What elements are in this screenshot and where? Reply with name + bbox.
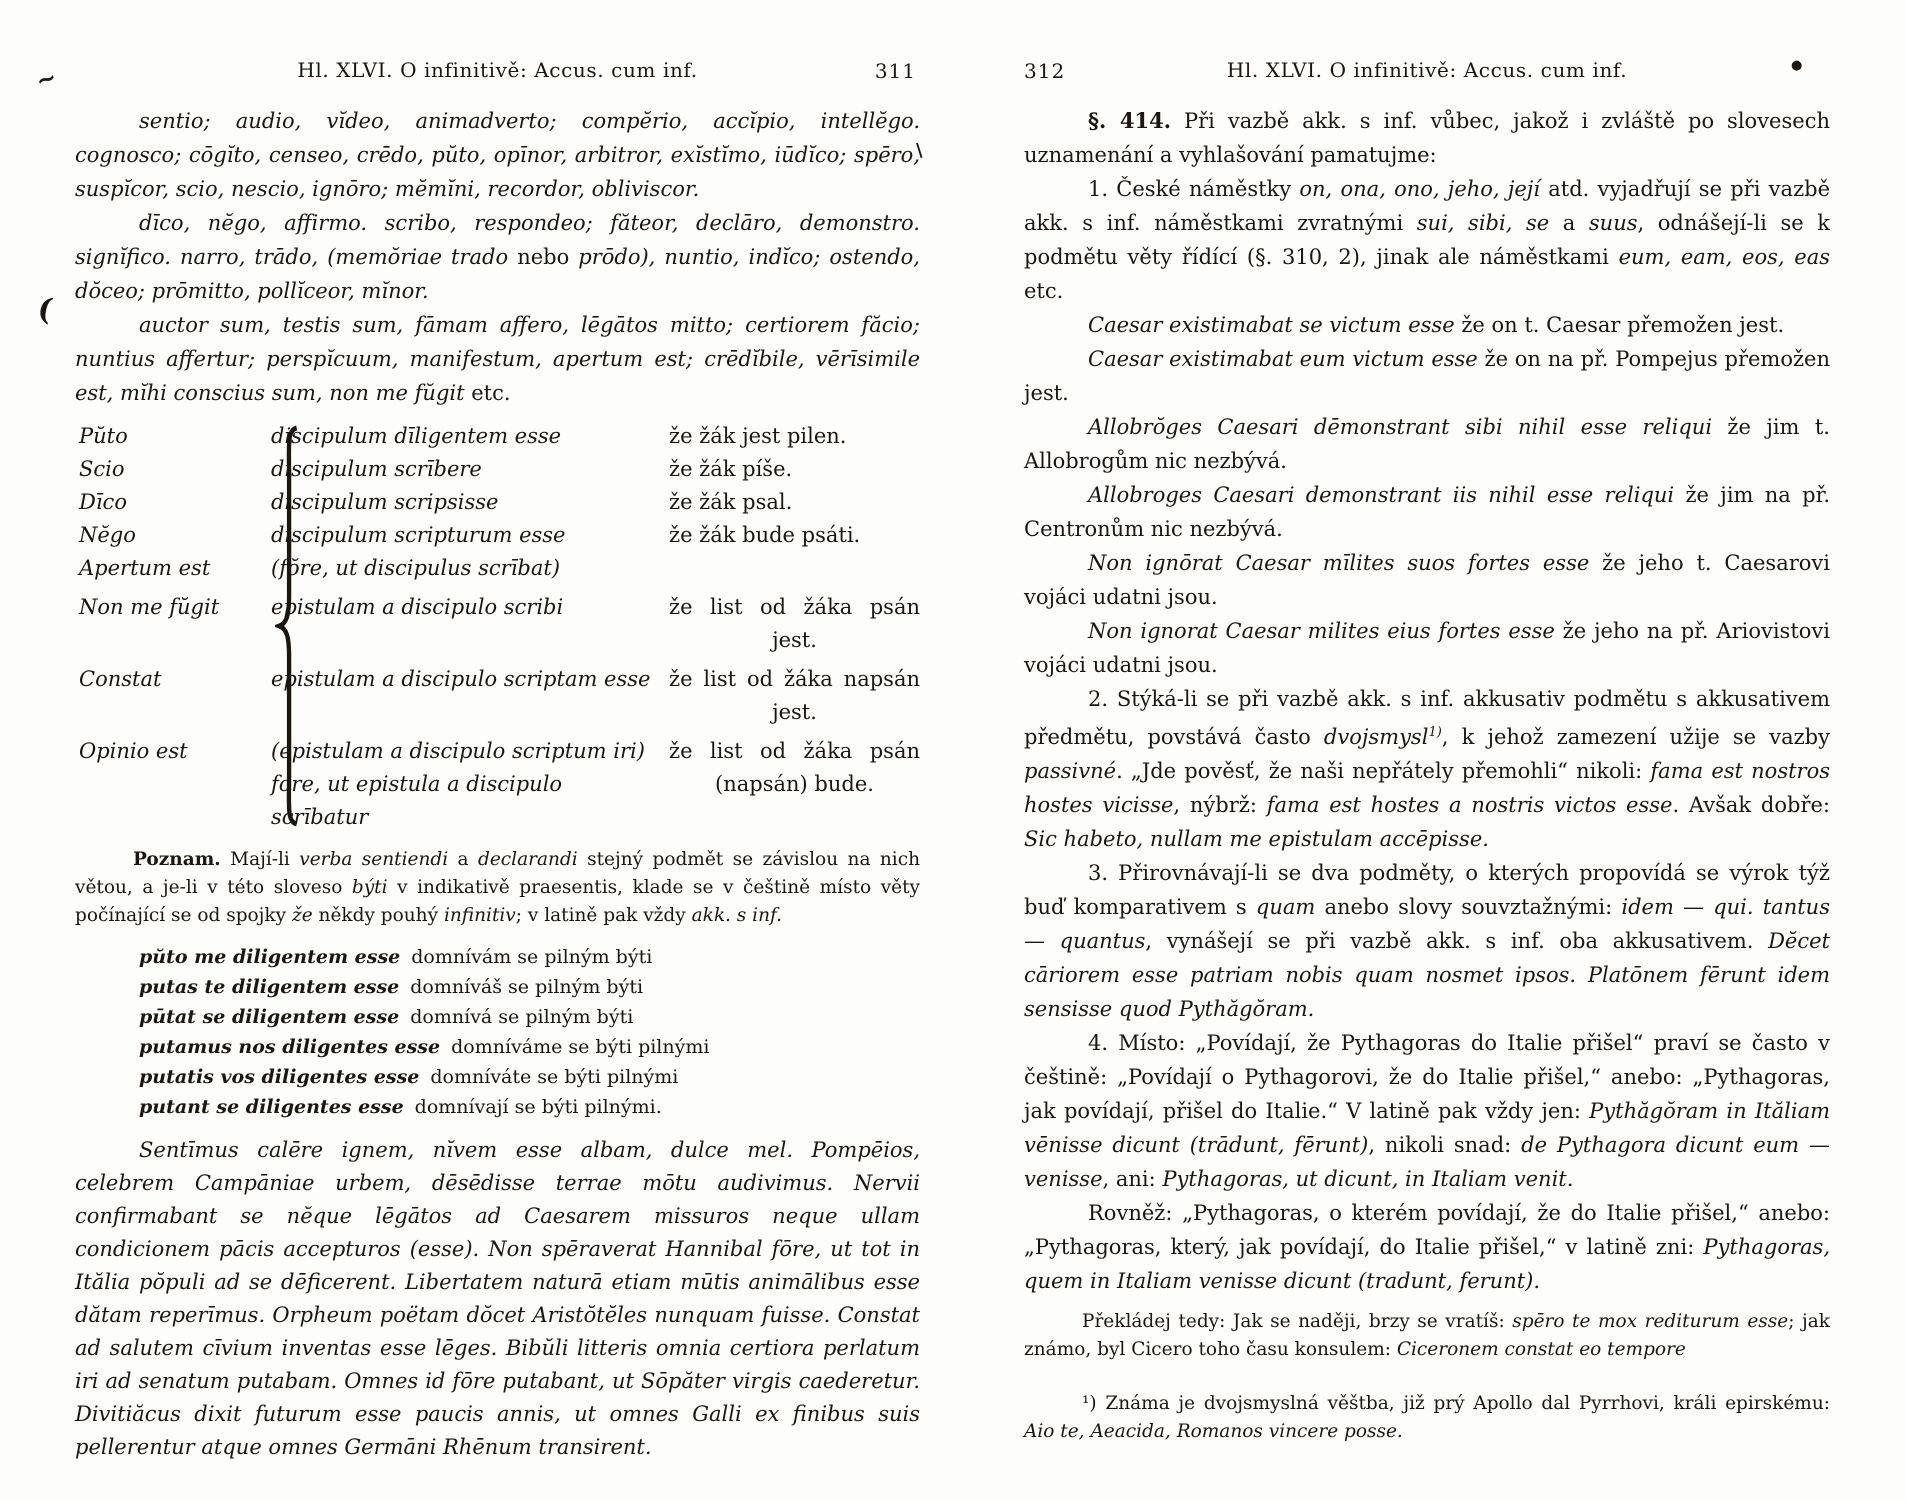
table-row: Dīco discipulum scripsisse že žák psal. — [79, 486, 920, 519]
rovnez-paragraph: Rovněž: „Pythagoras, o kterém povídají, … — [1024, 1196, 1830, 1298]
table-row: Opinio est (epistulam a discipulo script… — [79, 735, 920, 834]
paradigm-czech: domnívá se pilným býti — [410, 1006, 633, 1028]
paradigm-line: pŭto me diligentem essedomnívám se pilný… — [139, 942, 920, 972]
governing-verb: Pŭto — [79, 420, 271, 453]
paradigm-czech: domnívají se býti pilnými. — [415, 1096, 662, 1118]
paradigm-latin: putamus nos diligentes esse — [139, 1036, 440, 1058]
latin-exercise-paragraph: Sentīmus calēre ignem, nĭvem esse albam,… — [75, 1134, 920, 1464]
table-row: Constat epistulam a discipulo scriptam e… — [79, 663, 920, 729]
latin-example: epistulam a discipulo scriptam esse — [271, 663, 669, 729]
governing-verb: Nĕgo — [79, 519, 271, 552]
latin-example: discipulum scripsisse — [271, 486, 669, 519]
chapter-title-left: Hl. XLVI. O infinitivě: Accus. cum inf. — [75, 58, 920, 82]
example-allobroges-sibi: Allobrŏges Caesari dēmonstrant sibi nihi… — [1024, 410, 1830, 478]
latin-example: epistulam a discipulo scribi — [271, 591, 669, 657]
czech-translation: že list od žáka napsán jest. — [669, 663, 920, 729]
scan-artifact-crescent: ( — [35, 291, 56, 328]
table-row: Non me fŭgit epistulam a discipulo scrib… — [79, 591, 920, 657]
rule-3-paragraph: 3. Přirovnávají-li se dva podměty, o kte… — [1024, 856, 1830, 1026]
czech-translation: že list od žáka psán (napsán) bude. — [669, 735, 920, 834]
table-row: Apertum est (fŏre, ut discipulus scrībat… — [79, 552, 920, 585]
example-non-ignorat-eius: Non ignorat Caesar milites eius fortes e… — [1024, 614, 1830, 682]
page-312: Hl. XLVI. O infinitivě: Accus. cum inf. … — [1024, 58, 1830, 1446]
czech-translation — [669, 552, 920, 585]
page-311: Hl. XLVI. O infinitivě: Accus. cum inf. … — [75, 58, 920, 1464]
latin-example: discipulum scrībere — [271, 453, 669, 486]
table-row: Scio discipulum scrībere že žák píše. — [79, 453, 920, 486]
paradigm-czech: domnívám se pilným býti — [411, 946, 652, 968]
latin-example: discipulum dīligentem esse — [271, 420, 669, 453]
paradigm-czech: domníváte se býti pilnými — [430, 1066, 678, 1088]
puto-paradigm: pŭto me diligentem essedomnívám se pilný… — [139, 942, 920, 1122]
chapter-title-right: Hl. XLVI. O infinitivě: Accus. cum inf. — [1024, 58, 1830, 82]
latin-verb-list-impersonal: auctor sum, testis sum, fāmam affero, lē… — [75, 308, 920, 410]
page-number-312: 312 — [1024, 59, 1065, 83]
governing-verb: Constat — [79, 663, 271, 729]
paradigm-line: putant se diligentes essedomnívají se bý… — [139, 1092, 920, 1122]
table-row: Pŭto discipulum dīligentem esse že žák j… — [79, 420, 920, 453]
example-caesar-eum: Caesar existimabat eum victum esse že on… — [1024, 342, 1830, 410]
latin-example: (epistulam a discipulo scriptum iri) for… — [271, 735, 669, 834]
governing-verb: Dīco — [79, 486, 271, 519]
paradigm-latin: putas te diligentem esse — [139, 976, 399, 998]
rule-1-paragraph: 1. České náměstky on, ona, ono, jeho, je… — [1024, 172, 1830, 308]
translation-hint-paragraph: Překládej tedy: Jak se naději, brzy se v… — [1024, 1308, 1830, 1364]
latin-verb-list-declarandi: dīco, nĕgo, affirmo. scribo, respondeo; … — [75, 206, 920, 308]
running-header-left: Hl. XLVI. O infinitivě: Accus. cum inf. … — [75, 58, 920, 92]
page-number-311: 311 — [875, 59, 916, 83]
table-brace-icon — [275, 423, 301, 829]
paradigm-latin: putant se diligentes esse — [139, 1096, 404, 1118]
paradigm-line: pūtat se diligentem essedomnívá se pilný… — [139, 1002, 920, 1032]
governing-verb: Apertum est — [79, 552, 271, 585]
latin-example: discipulum scripturum esse — [271, 519, 669, 552]
czech-translation: že žák píše. — [669, 453, 920, 486]
section-414-paragraph: §. 414. Při vazbě akk. s inf. vůbec, jak… — [1024, 104, 1830, 172]
czech-translation: že žák bude psáti. — [669, 519, 920, 552]
example-caesar-se: Caesar existimabat se victum esse že on … — [1024, 308, 1830, 342]
paradigm-line: putas te diligentem essedomníváš se piln… — [139, 972, 920, 1002]
book-spread: ~ \ ( ● Hl. XLVI. O infinitivě: Accus. c… — [0, 0, 1906, 1500]
footnote-block: ¹) Známa je dvojsmyslná věštba, již prý … — [1024, 1390, 1830, 1446]
poznam-note: Poznam. Mají-li verba sentiendi a declar… — [75, 846, 920, 930]
czech-translation: že list od žáka psán jest. — [669, 591, 920, 657]
paradigm-latin: pŭto me diligentem esse — [139, 946, 400, 968]
czech-translation: že žák jest pilen. — [669, 420, 920, 453]
running-header-right: Hl. XLVI. O infinitivě: Accus. cum inf. … — [1024, 58, 1830, 92]
rule-4-paragraph: 4. Místo: „Povídají, že Pythagoras do It… — [1024, 1026, 1830, 1196]
governing-verb: Scio — [79, 453, 271, 486]
example-allobroges-iis: Allobroges Caesari demonstrant iis nihil… — [1024, 478, 1830, 546]
governing-verb: Non me fŭgit — [79, 591, 271, 657]
latin-verb-list-sentiendi: sentio; audio, vĭdeo, animadverto; compĕ… — [75, 104, 920, 206]
example-non-ignorat-suos: Non ignōrat Caesar mīlites suos fortes e… — [1024, 546, 1830, 614]
latin-example: (fŏre, ut discipulus scrībat) — [271, 552, 669, 585]
czech-translation: že žák psal. — [669, 486, 920, 519]
paradigm-line: putatis vos diligentes essedomníváte se … — [139, 1062, 920, 1092]
paradigm-czech: domníváš se pilným býti — [410, 976, 643, 998]
rule-2-paragraph: 2. Stýká-li se při vazbě akk. s inf. akk… — [1024, 682, 1830, 856]
paradigm-line: putamus nos diligentes essedomníváme se … — [139, 1032, 920, 1062]
paradigm-latin: putatis vos diligentes esse — [139, 1066, 419, 1088]
footnote-1: ¹) Známa je dvojsmyslná věštba, již prý … — [1024, 1390, 1830, 1446]
paradigm-czech: domníváme se býti pilnými — [451, 1036, 709, 1058]
construction-table: Pŭto discipulum dīligentem esse že žák j… — [79, 420, 920, 834]
paradigm-latin: pūtat se diligentem esse — [139, 1006, 399, 1028]
table-row: Nĕgo discipulum scripturum esse že žák b… — [79, 519, 920, 552]
scan-artifact-squiggle: ~ — [32, 62, 60, 96]
governing-verb: Opinio est — [79, 735, 271, 834]
